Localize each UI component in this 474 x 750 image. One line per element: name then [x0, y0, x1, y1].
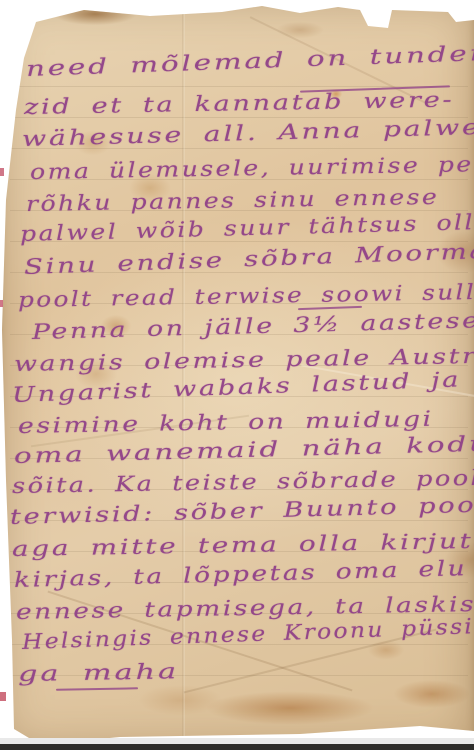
handwritten-line: aga mitte tema olla kirjuta [12, 529, 474, 561]
handwritten-line: esimine koht on muidugi [18, 407, 434, 438]
handwritten-line: rõhku pannes sinu ennese [26, 185, 440, 216]
edge-red-mark [0, 168, 4, 176]
letter-paper-sheet: need mõlemad on tundemär- zid et ta kann… [0, 0, 474, 750]
handwritten-line: ga maha [18, 659, 180, 686]
handwritten-line: oma ülemusele, uurimise peale [30, 151, 474, 184]
handwritten-line: terwisid: sõber Buunto poolt [10, 492, 474, 529]
edge-red-mark [0, 692, 6, 701]
handwritten-line: poolt read terwise soowi sulle, [18, 280, 474, 312]
handwritten-line: wähesuse all. Anna palwe [22, 115, 474, 151]
handwritten-line: zid et ta kannatab were- [24, 87, 455, 119]
handwritten-line: need mõlemad on tundemär- [26, 39, 474, 81]
handwritten-line: oma wanemaid näha kodu [14, 432, 474, 468]
scanner-edge-strip [0, 744, 474, 750]
handwritten-line: Penna on jälle 3½ aastese [32, 308, 474, 344]
ink-underline [56, 687, 138, 690]
letter-scan: need mõlemad on tundemär- zid et ta kann… [0, 0, 474, 750]
handwritten-line: kirjas, ta lõppetas oma elu [14, 556, 468, 592]
edge-red-mark [0, 300, 3, 307]
handwritten-line: sõita. Ka teiste sõbrade poolt [12, 466, 474, 498]
